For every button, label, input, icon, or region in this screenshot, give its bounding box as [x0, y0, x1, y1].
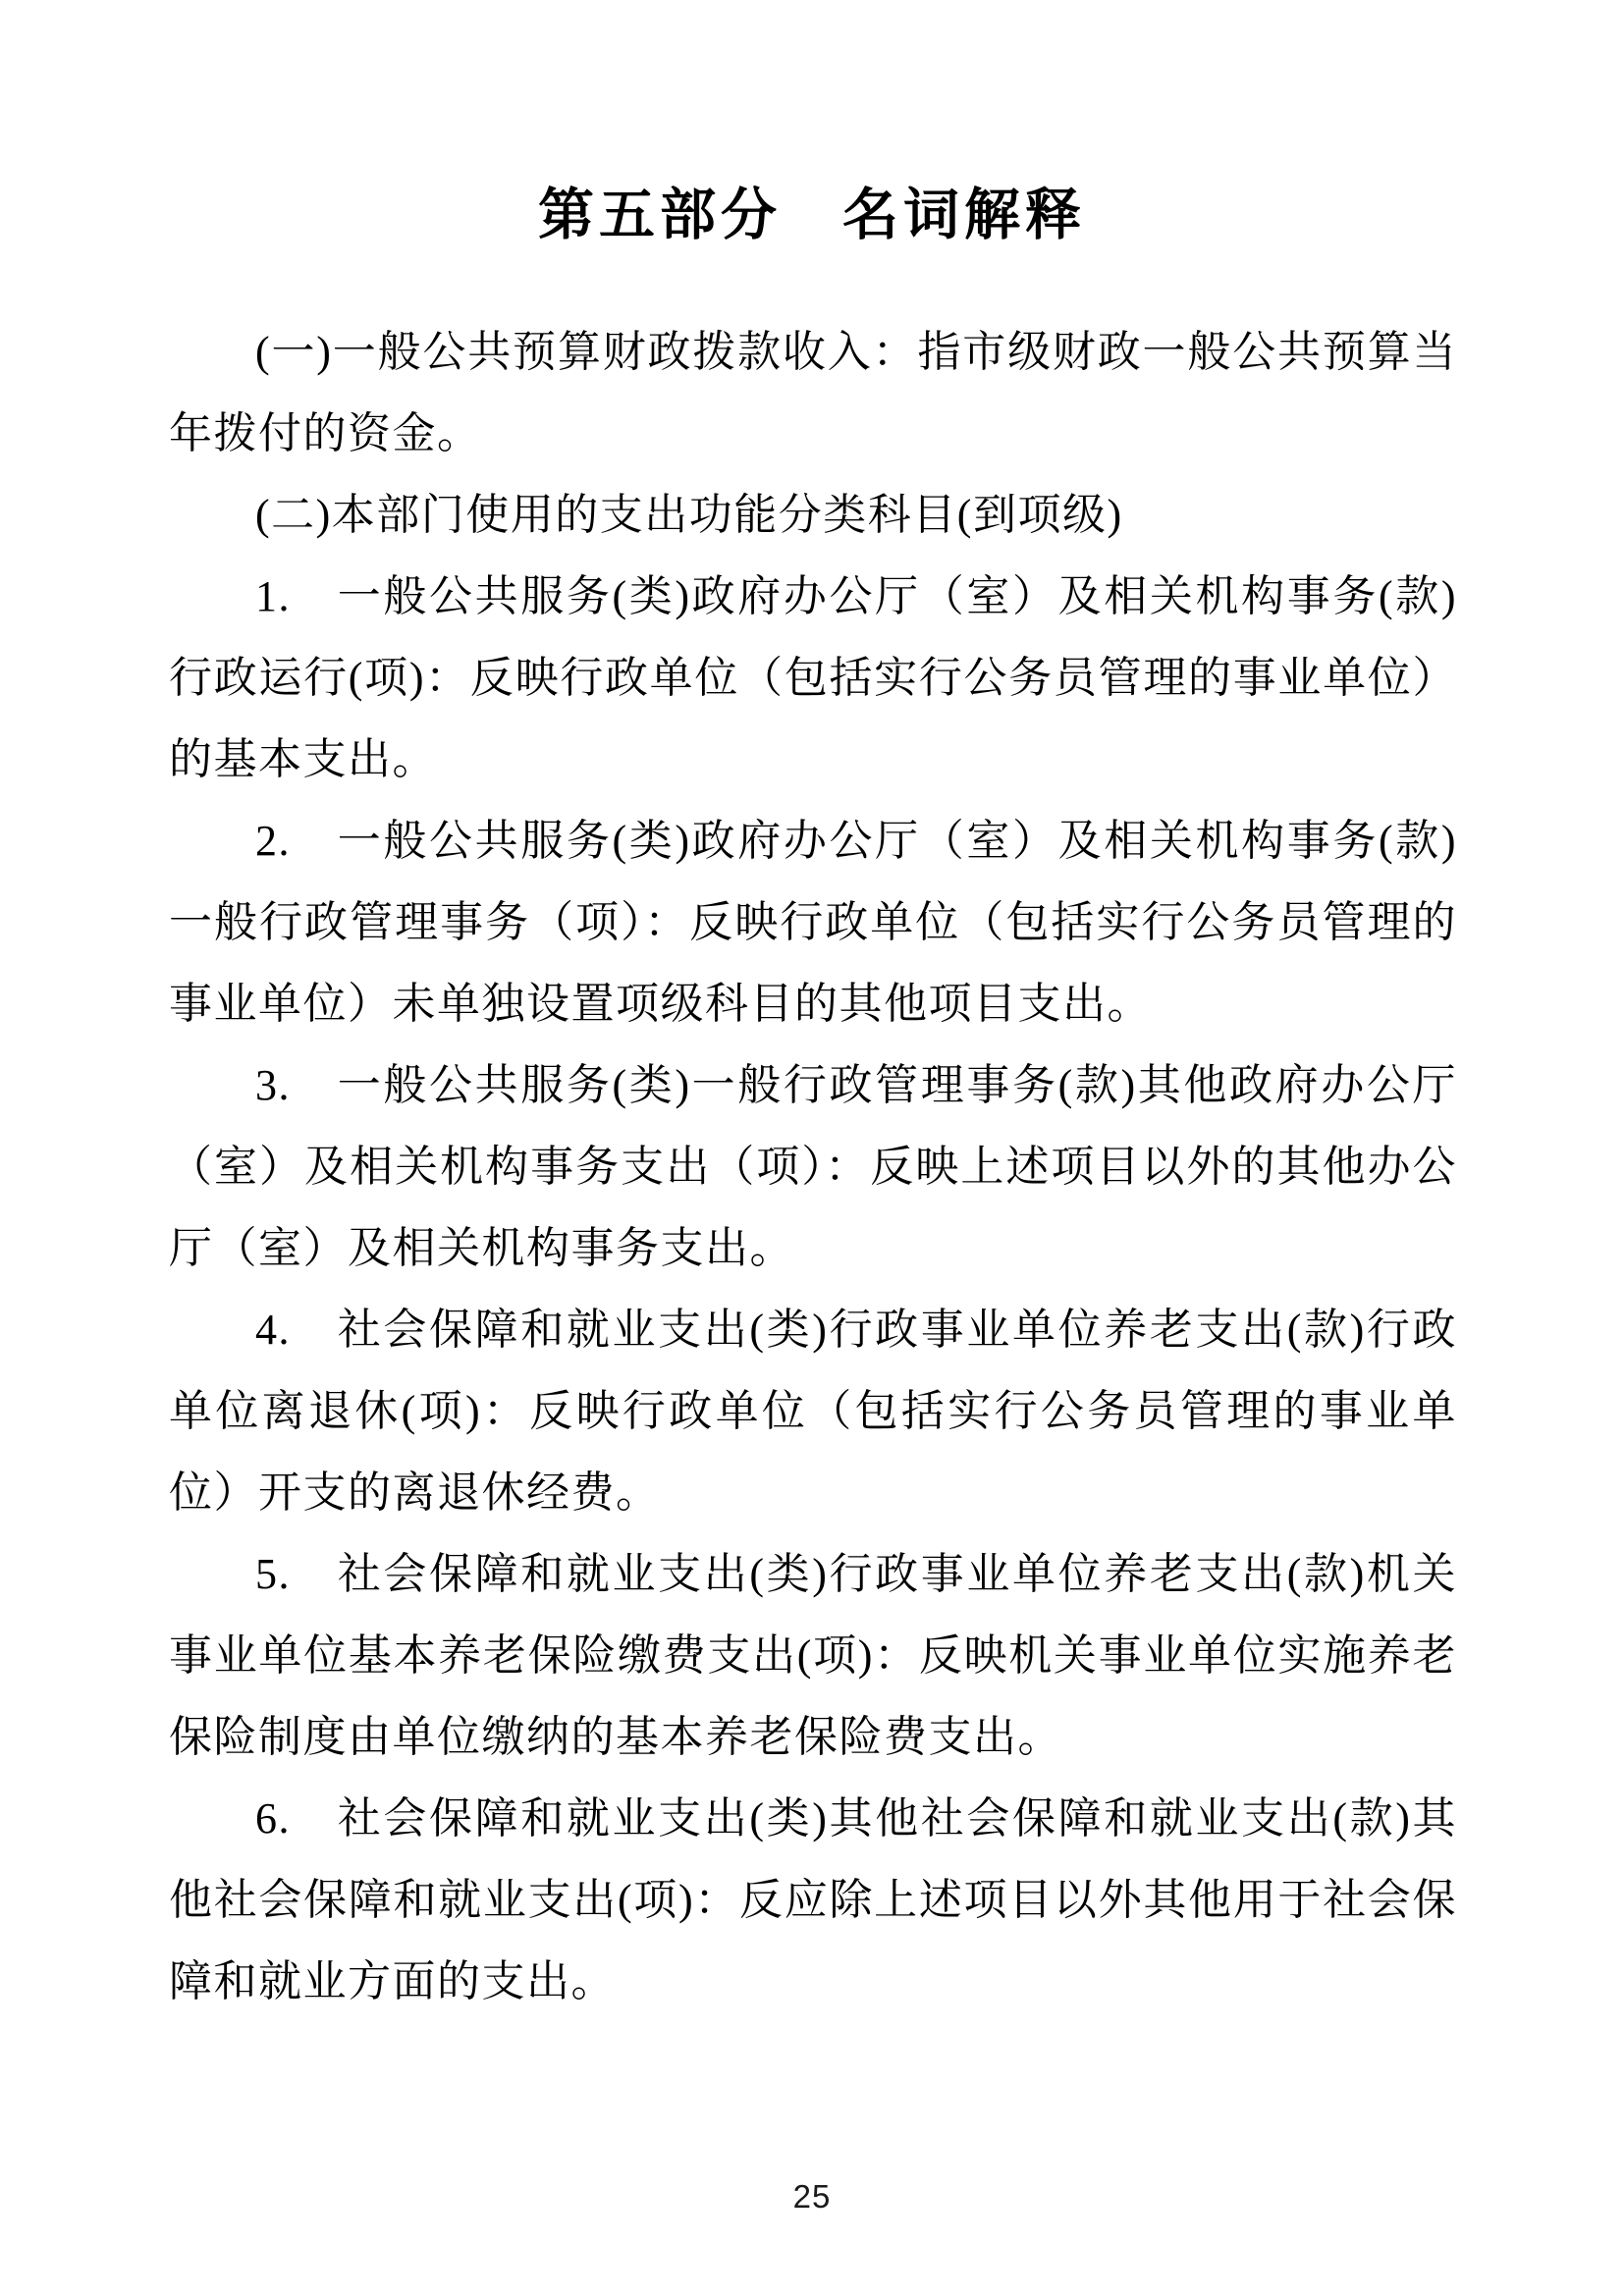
paragraph-general-budget-income: (一)一般公共预算财政拨款收入：指市级财政一般公共预算当年拨付的资金。	[169, 311, 1457, 474]
paragraph-item-6: 6. 社会保障和就业支出(类)其他社会保障和就业支出(款)其他社会保障和就业支出…	[169, 1778, 1457, 2022]
paragraph-item-2: 2. 一般公共服务(类)政府办公厅（室）及相关机构事务(款)一般行政管理事务（项…	[169, 800, 1457, 1044]
document-title: 第五部分 名词解释	[0, 0, 1624, 245]
paragraph-item-4: 4. 社会保障和就业支出(类)行政事业单位养老支出(款)行政单位离退休(项)：反…	[169, 1289, 1457, 1533]
page-number: 25	[0, 2177, 1624, 2216]
paragraph-expenditure-classification-heading: (二)本部门使用的支出功能分类科目(到项级)	[169, 474, 1457, 556]
paragraph-item-1: 1. 一般公共服务(类)政府办公厅（室）及相关机构事务(款)行政运行(项)：反映…	[169, 556, 1457, 800]
paragraph-item-3: 3. 一般公共服务(类)一般行政管理事务(款)其他政府办公厅（室）及相关机构事务…	[169, 1044, 1457, 1289]
document-body: (一)一般公共预算财政拨款收入：指市级财政一般公共预算当年拨付的资金。 (二)本…	[169, 311, 1457, 2022]
document-page: 第五部分 名词解释 (一)一般公共预算财政拨款收入：指市级财政一般公共预算当年拨…	[0, 0, 1624, 2296]
paragraph-item-5: 5. 社会保障和就业支出(类)行政事业单位养老支出(款)机关事业单位基本养老保险…	[169, 1533, 1457, 1778]
